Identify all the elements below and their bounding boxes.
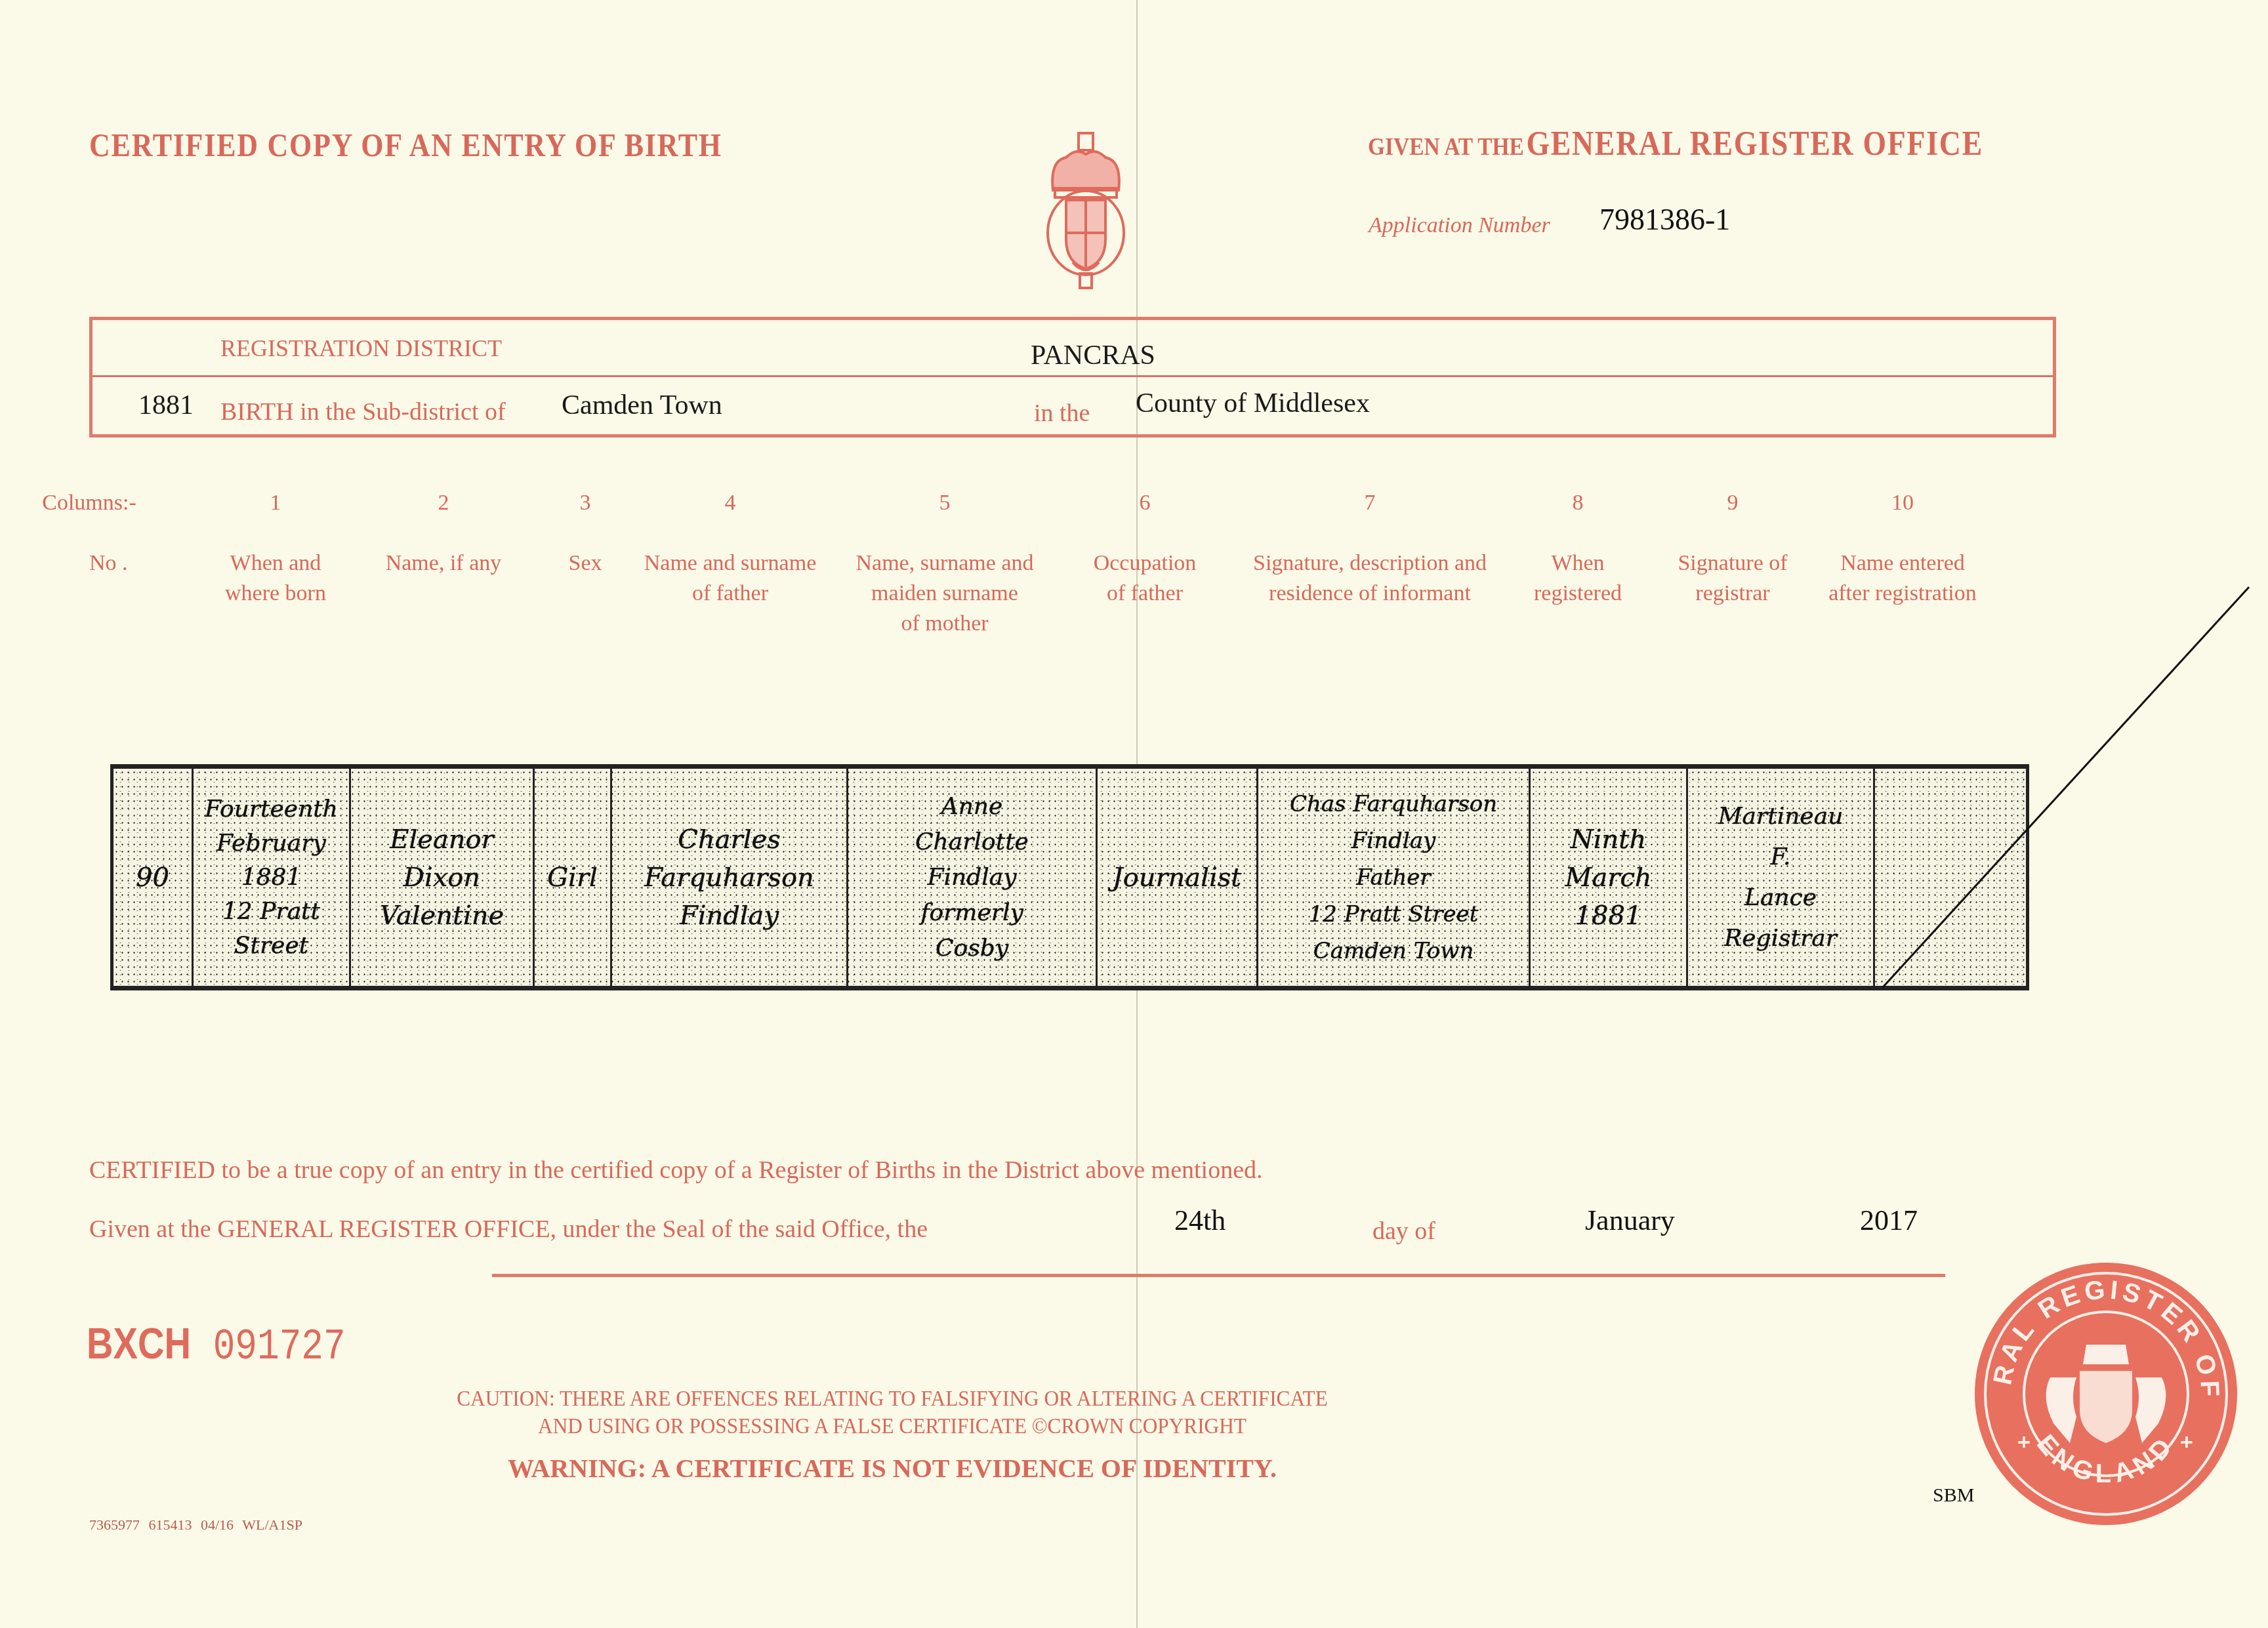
caution-line-1: CAUTION: THERE ARE OFFENCES RELATING TO … [457,1385,1328,1413]
svg-text:+: + [2180,1430,2193,1455]
caution-notice: CAUTION: THERE ARE OFFENCES RELATING TO … [457,1385,1328,1440]
general-register-office-seal-icon: GENERAL REGISTER OFFICE ENGLAND + + [1971,1259,2240,1528]
serial-prefix: BXCH [87,1319,191,1368]
print-code: 7365977 615413 04/16 WL/A1SP [89,1516,302,1534]
issue-month: January [1585,1204,1675,1237]
issue-year: 2017 [1860,1204,1918,1237]
signature-rule [492,1274,1945,1277]
caution-line-2: AND USING OR POSSESSING A FALSE CERTIFIC… [457,1413,1328,1440]
identity-warning: WARNING: A CERTIFICATE IS NOT EVIDENCE O… [508,1453,1277,1484]
clerk-initials: SBM [1933,1484,1974,1507]
issue-day: 24th [1174,1204,1226,1237]
cancellation-diagonal-line [0,0,2268,1628]
day-of-label: day of [1372,1217,1435,1246]
given-at-statement: Given at the GENERAL REGISTER OFFICE, un… [89,1215,928,1244]
svg-text:+: + [2017,1430,2031,1455]
certificate-serial: BXCH 091727 [87,1318,346,1372]
serial-number: 091727 [213,1322,346,1372]
certification-statement: CERTIFIED to be a true copy of an entry … [89,1156,1263,1185]
